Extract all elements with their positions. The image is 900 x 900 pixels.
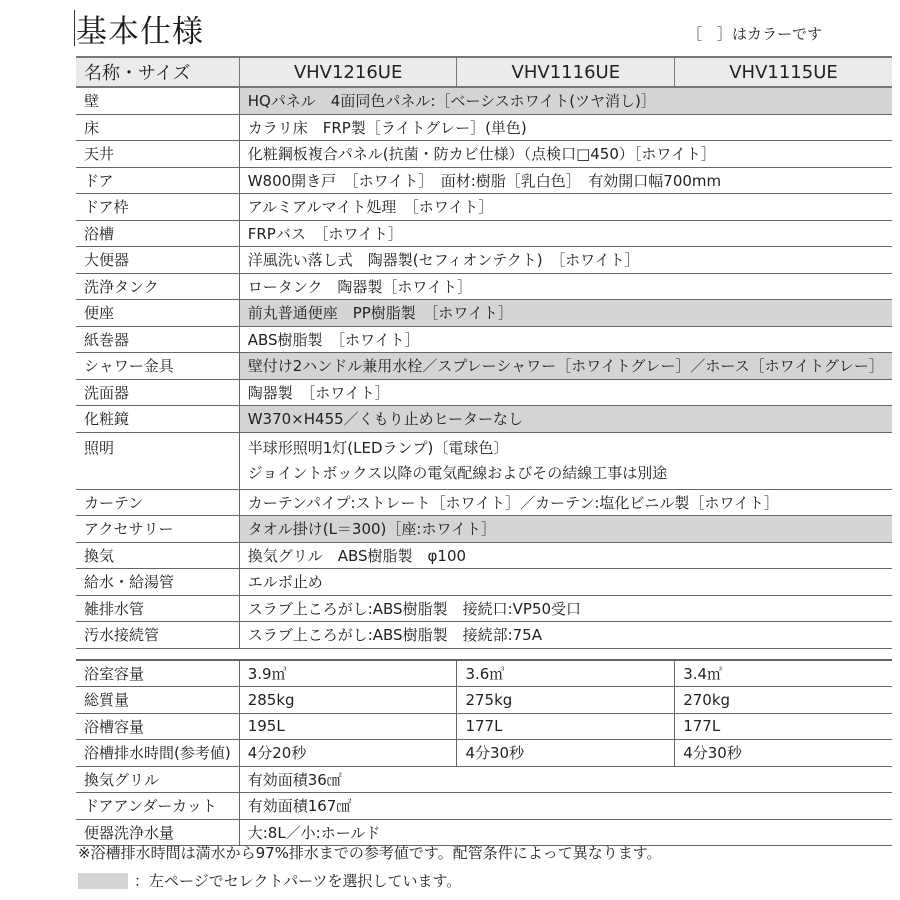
stat-value: 177L (457, 713, 675, 740)
row-value: スラブ上ころがし:ABS樹脂製 接続部:75A (239, 622, 892, 649)
table-row: 浴槽FRPバス ［ホワイト］ (76, 220, 892, 247)
title-accent-bar (74, 10, 75, 46)
stat-value: 177L (675, 713, 892, 740)
table-row: 便座前丸普通便座 PP樹脂製 ［ホワイト］ (76, 300, 892, 327)
table-row: 大便器洋風洗い落し式 陶器製(セフィオンテクト) ［ホワイト］ (76, 247, 892, 274)
lighting-line-2: ジョイントボックス以降の電気配線およびその結線工事は別途 (248, 461, 884, 486)
row-label: 雑排水管 (76, 595, 239, 622)
row-label: 浴槽容量 (76, 713, 239, 740)
row-value: 半球形照明1灯(LEDランプ)〔電球色〕 ジョイントボックス以降の電気配線および… (239, 432, 892, 489)
lighting-line-1: 半球形照明1灯(LEDランプ)〔電球色〕 (248, 436, 884, 461)
selected-parts-swatch (78, 873, 128, 889)
row-label: 化粧鏡 (76, 406, 239, 433)
row-value: エルボ止め (239, 569, 892, 596)
spec-rows-2: カーテンカーテンパイプ:ストレート［ホワイト］／カーテン:塩化ビニル製［ホワイト… (76, 489, 892, 648)
table-row: カーテンカーテンパイプ:ストレート［ホワイト］／カーテン:塩化ビニル製［ホワイト… (76, 489, 892, 516)
model-vhv1115ue: VHV1115UE (675, 57, 892, 87)
row-value-selected: タオル掛け(L＝300)［座:ホワイト］ (239, 516, 892, 543)
model-vhv1216ue: VHV1216UE (239, 57, 457, 87)
row-label: 換気 (76, 542, 239, 569)
table-row: シャワー金具壁付け2ハンドル兼用水栓／スプレーシャワー［ホワイトグレー］／ホース… (76, 353, 892, 380)
stat-value: 275kg (457, 687, 675, 714)
stat-value: 285kg (239, 687, 457, 714)
row-label: 換気グリル (76, 766, 239, 793)
row-value: 有効面積167㎠ (239, 793, 892, 820)
row-label: 便座 (76, 300, 239, 327)
row-label: 大便器 (76, 247, 239, 274)
row-label: 浴槽 (76, 220, 239, 247)
row-value: アルミアルマイト処理 ［ホワイト］ (239, 194, 892, 221)
table-row: アクセサリータオル掛け(L＝300)［座:ホワイト］ (76, 516, 892, 543)
table-row: 給水・給湯管エルボ止め (76, 569, 892, 596)
stat-row: 浴室容量3.9㎥3.6㎥3.4㎥ (76, 660, 892, 687)
row-label: ドア (76, 167, 239, 194)
stat-value: 270kg (675, 687, 892, 714)
model-vhv1116ue: VHV1116UE (457, 57, 675, 87)
spec-rows: 壁HQパネル 4面同色パネル:［ベーシスホワイト(ツヤ消し)］床カラリ床 FRP… (76, 87, 892, 432)
row-label: 浴室容量 (76, 660, 239, 687)
row-value: 化粧鋼板複合パネル(抗菌・防カビ仕様）（点検口□450）［ホワイト］ (239, 141, 892, 168)
row-label: 給水・給湯管 (76, 569, 239, 596)
stat-value: 3.6㎥ (457, 660, 675, 687)
spec-table: 名称・サイズ VHV1216UE VHV1116UE VHV1115UE 壁HQ… (76, 56, 892, 846)
stat-value: 4分30秒 (675, 740, 892, 767)
table-row: 天井化粧鋼板複合パネル(抗菌・防カビ仕様）（点検口□450）［ホワイト］ (76, 141, 892, 168)
row-label: 紙巻器 (76, 326, 239, 353)
table-row: ドアW800開き戸 ［ホワイト］ 面材:樹脂［乳白色］ 有効開口幅700mm (76, 167, 892, 194)
table-row: 壁HQパネル 4面同色パネル:［ベーシスホワイト(ツヤ消し)］ (76, 87, 892, 114)
row-value: FRPバス ［ホワイト］ (239, 220, 892, 247)
stat-value: 4分20秒 (239, 740, 457, 767)
stat-value: 3.9㎥ (239, 660, 457, 687)
row-label: アクセサリー (76, 516, 239, 543)
row-value: W800開き戸 ［ホワイト］ 面材:樹脂［乳白色］ 有効開口幅700mm (239, 167, 892, 194)
table-row: 化粧鏡W370×H455／くもり止めヒーターなし (76, 406, 892, 433)
row-value-selected: 壁付け2ハンドル兼用水栓／スプレーシャワー［ホワイトグレー］／ホース［ホワイトグ… (239, 353, 892, 380)
stat-value: 195L (239, 713, 457, 740)
table-row: ドア枠アルミアルマイト処理 ［ホワイト］ (76, 194, 892, 221)
stat-value: 3.4㎥ (675, 660, 892, 687)
row-value: カーテンパイプ:ストレート［ホワイト］／カーテン:塩化ビニル製［ホワイト］ (239, 489, 892, 516)
common-row: ドアアンダーカット有効面積167㎠ (76, 793, 892, 820)
row-label: 汚水接続管 (76, 622, 239, 649)
stat-row: 総質量285kg275kg270kg (76, 687, 892, 714)
row-value: ロータンク 陶器製［ホワイト］ (239, 273, 892, 300)
stat-row: 浴槽排水時間(参考値)4分20秒4分30秒4分30秒 (76, 740, 892, 767)
row-value: 有効面積36㎠ (239, 766, 892, 793)
table-row: 雑排水管スラブ上ころがし:ABS樹脂製 接続口:VP50受口 (76, 595, 892, 622)
row-label: 総質量 (76, 687, 239, 714)
row-label: 天井 (76, 141, 239, 168)
row-label: カーテン (76, 489, 239, 516)
table-row: 洗面器陶器製 ［ホワイト］ (76, 379, 892, 406)
row-label: シャワー金具 (76, 353, 239, 380)
footnote-select-parts-text: ：左ページでセレクトパーツを選択しています。 (134, 870, 461, 891)
row-label: 床 (76, 114, 239, 141)
row-label: 洗面器 (76, 379, 239, 406)
page-title: 基本仕様 (76, 6, 204, 51)
row-label: ドアアンダーカット (76, 793, 239, 820)
stat-value: 4分30秒 (457, 740, 675, 767)
table-row: 紙巻器ABS樹脂製 ［ホワイト］ (76, 326, 892, 353)
row-value: ABS樹脂製 ［ホワイト］ (239, 326, 892, 353)
row-value: 洋風洗い落し式 陶器製(セフィオンテクト) ［ホワイト］ (239, 247, 892, 274)
footnote-select-parts: ：左ページでセレクトパーツを選択しています。 (78, 870, 461, 891)
row-value-selected: 前丸普通便座 PP樹脂製 ［ホワイト］ (239, 300, 892, 327)
table-row: 換気換気グリル ABS樹脂製 φ100 (76, 542, 892, 569)
row-value-selected: W370×H455／くもり止めヒーターなし (239, 406, 892, 433)
row-value: 陶器製 ［ホワイト］ (239, 379, 892, 406)
row-value: スラブ上ころがし:ABS樹脂製 接続口:VP50受口 (239, 595, 892, 622)
row-value: カラリ床 FRP製［ライトグレー］(単色) (239, 114, 892, 141)
header-label: 名称・サイズ (76, 57, 239, 87)
stat-rows: 浴室容量3.9㎥3.6㎥3.4㎥総質量285kg275kg270kg浴槽容量19… (76, 660, 892, 767)
table-header-row: 名称・サイズ VHV1216UE VHV1116UE VHV1115UE (76, 57, 892, 87)
color-legend-note: ［ ］はカラーです (687, 23, 822, 44)
table-row: 汚水接続管スラブ上ころがし:ABS樹脂製 接続部:75A (76, 622, 892, 649)
table-row: 洗浄タンクロータンク 陶器製［ホワイト］ (76, 273, 892, 300)
section-gap (76, 648, 892, 660)
row-label: 浴槽排水時間(参考値) (76, 740, 239, 767)
row-value: 換気グリル ABS樹脂製 φ100 (239, 542, 892, 569)
common-rows: 換気グリル有効面積36㎠ドアアンダーカット有効面積167㎠便器洗浄水量大:8L／… (76, 766, 892, 846)
stat-row: 浴槽容量195L177L177L (76, 713, 892, 740)
row-label: 洗浄タンク (76, 273, 239, 300)
row-label: ドア枠 (76, 194, 239, 221)
footnote-drain-time: ※浴槽排水時間は満水から97%排水までの参考値です。配管条件によって異なります。 (78, 842, 662, 863)
table-row-lighting: 照明 半球形照明1灯(LEDランプ)〔電球色〕 ジョイントボックス以降の電気配線… (76, 432, 892, 489)
table-row: 床カラリ床 FRP製［ライトグレー］(単色) (76, 114, 892, 141)
row-value-selected: HQパネル 4面同色パネル:［ベーシスホワイト(ツヤ消し)］ (239, 87, 892, 114)
common-row: 換気グリル有効面積36㎠ (76, 766, 892, 793)
row-label: 壁 (76, 87, 239, 114)
row-label: 照明 (76, 432, 239, 489)
